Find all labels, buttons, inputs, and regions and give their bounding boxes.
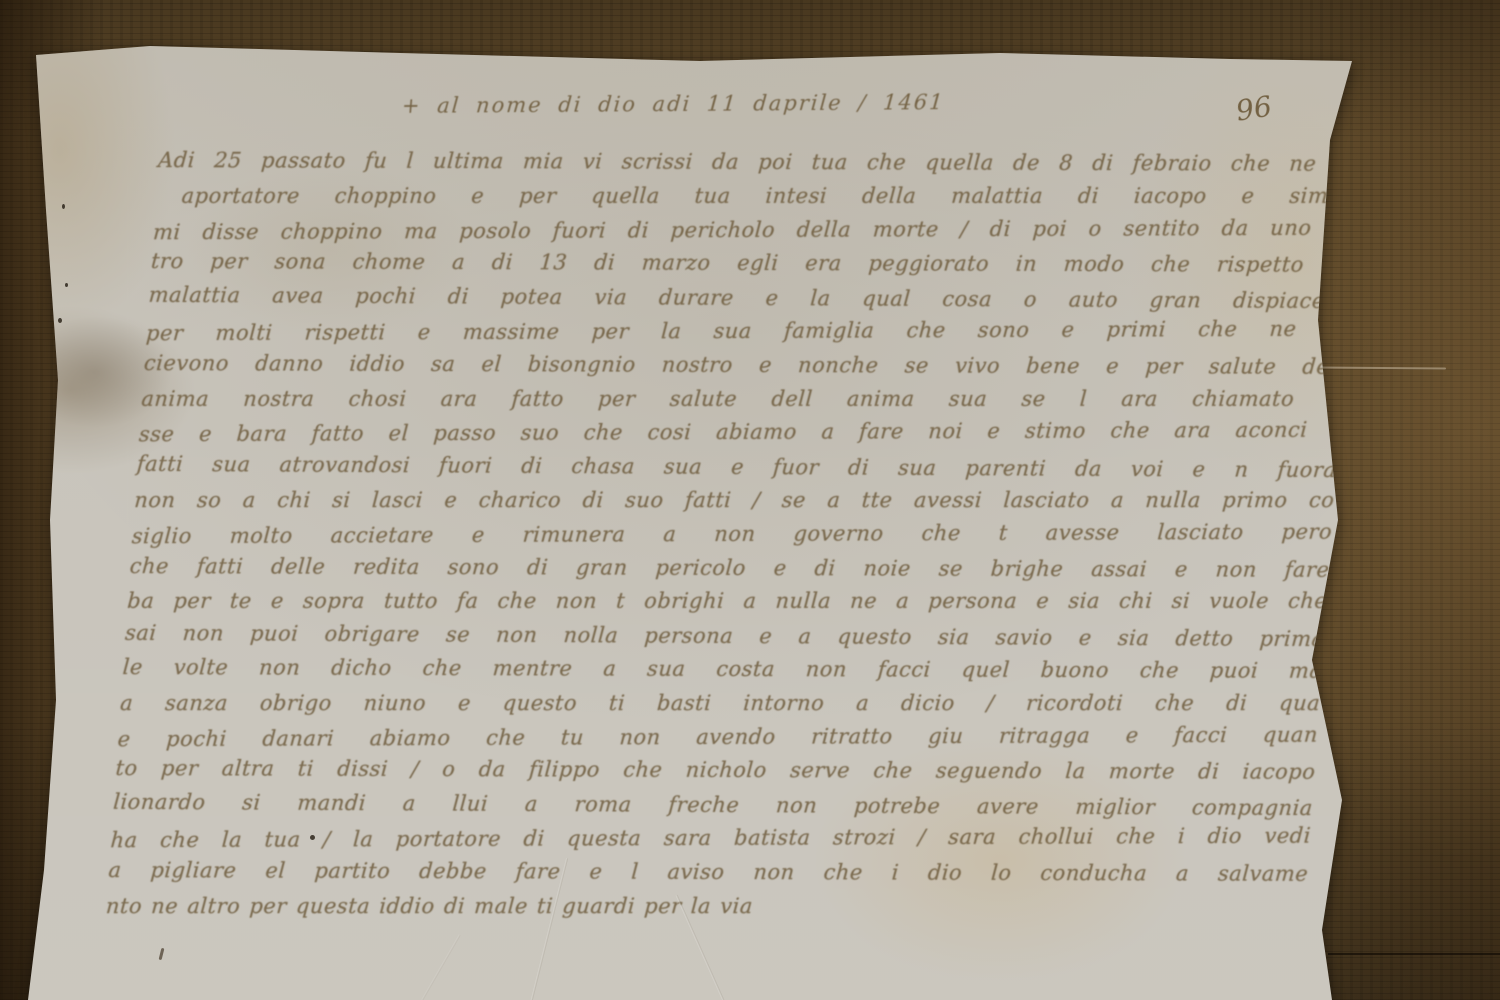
manuscript-line: Adi 25 passato fu l ultima mia vi scriss… <box>157 144 1359 182</box>
manuscript-line: le volte non dicho che mentre a sua cost… <box>121 651 1323 689</box>
manuscript-line: a sanza obrigo niuno e questo ti basti i… <box>119 687 1321 721</box>
folio-number: 96 <box>1234 89 1274 127</box>
manuscript-line: non so a chi si lasci e charico di suo f… <box>133 484 1335 518</box>
manuscript-line: to per altra ti dissi / o da filippo che… <box>114 752 1316 790</box>
manuscript-line: sse e bara fatto el passo suo che cosi a… <box>138 414 1341 452</box>
manuscript-line: tro per sona chome a di 13 di marzo egli… <box>150 246 1352 284</box>
manuscript-line: nto ne altro per questa iddio di male ti… <box>105 890 1307 924</box>
manuscript-line: mi disse choppino ma posolo fuori di per… <box>152 211 1355 249</box>
manuscript-line: ba per te e sopra tutto fa che non t obr… <box>126 585 1328 619</box>
manuscript-line: per molti rispetti e massime per la sua … <box>145 313 1348 351</box>
ink-speck <box>58 318 62 323</box>
manuscript-photo: + al nome di dio adi 11 daprile / 1461 9… <box>0 0 1500 1000</box>
manuscript-line: fatti sua atrovandosi fuori di chasa sua… <box>136 448 1338 488</box>
paper-sheet: + al nome di dio adi 11 daprile / 1461 9… <box>0 0 1500 1000</box>
manuscript-line: ha che la tua / la portatore di questa s… <box>109 820 1312 858</box>
manuscript-body: Adi 25 passato fu l ultima mia vi scriss… <box>105 146 1359 923</box>
manuscript-line: cievono danno iddio sa el bisongnio nost… <box>143 347 1345 385</box>
manuscript-line: a pigliare el partito debbe fare e l avi… <box>107 854 1309 892</box>
manuscript-line: aportatore choppino e per quella tua int… <box>154 180 1356 214</box>
paper-sheet-wrap: + al nome di dio adi 11 daprile / 1461 9… <box>0 0 1500 1000</box>
manuscript-line: e pochi danari abiamo che tu non avendo … <box>117 718 1320 756</box>
ink-speck <box>310 835 315 840</box>
manuscript-line: che fatti delle redita sono di gran peri… <box>129 550 1331 588</box>
manuscript-heading: + al nome di dio adi 11 daprile / 1461 <box>401 90 963 118</box>
ink-speck <box>159 948 165 960</box>
ink-speck <box>62 204 65 209</box>
paper-crease <box>421 935 460 1000</box>
ink-speck <box>65 283 68 287</box>
manuscript-line: siglio molto accietare e rimunera a non … <box>131 515 1334 553</box>
manuscript-line: anima nostra chosi ara fatto per salute … <box>140 383 1342 417</box>
